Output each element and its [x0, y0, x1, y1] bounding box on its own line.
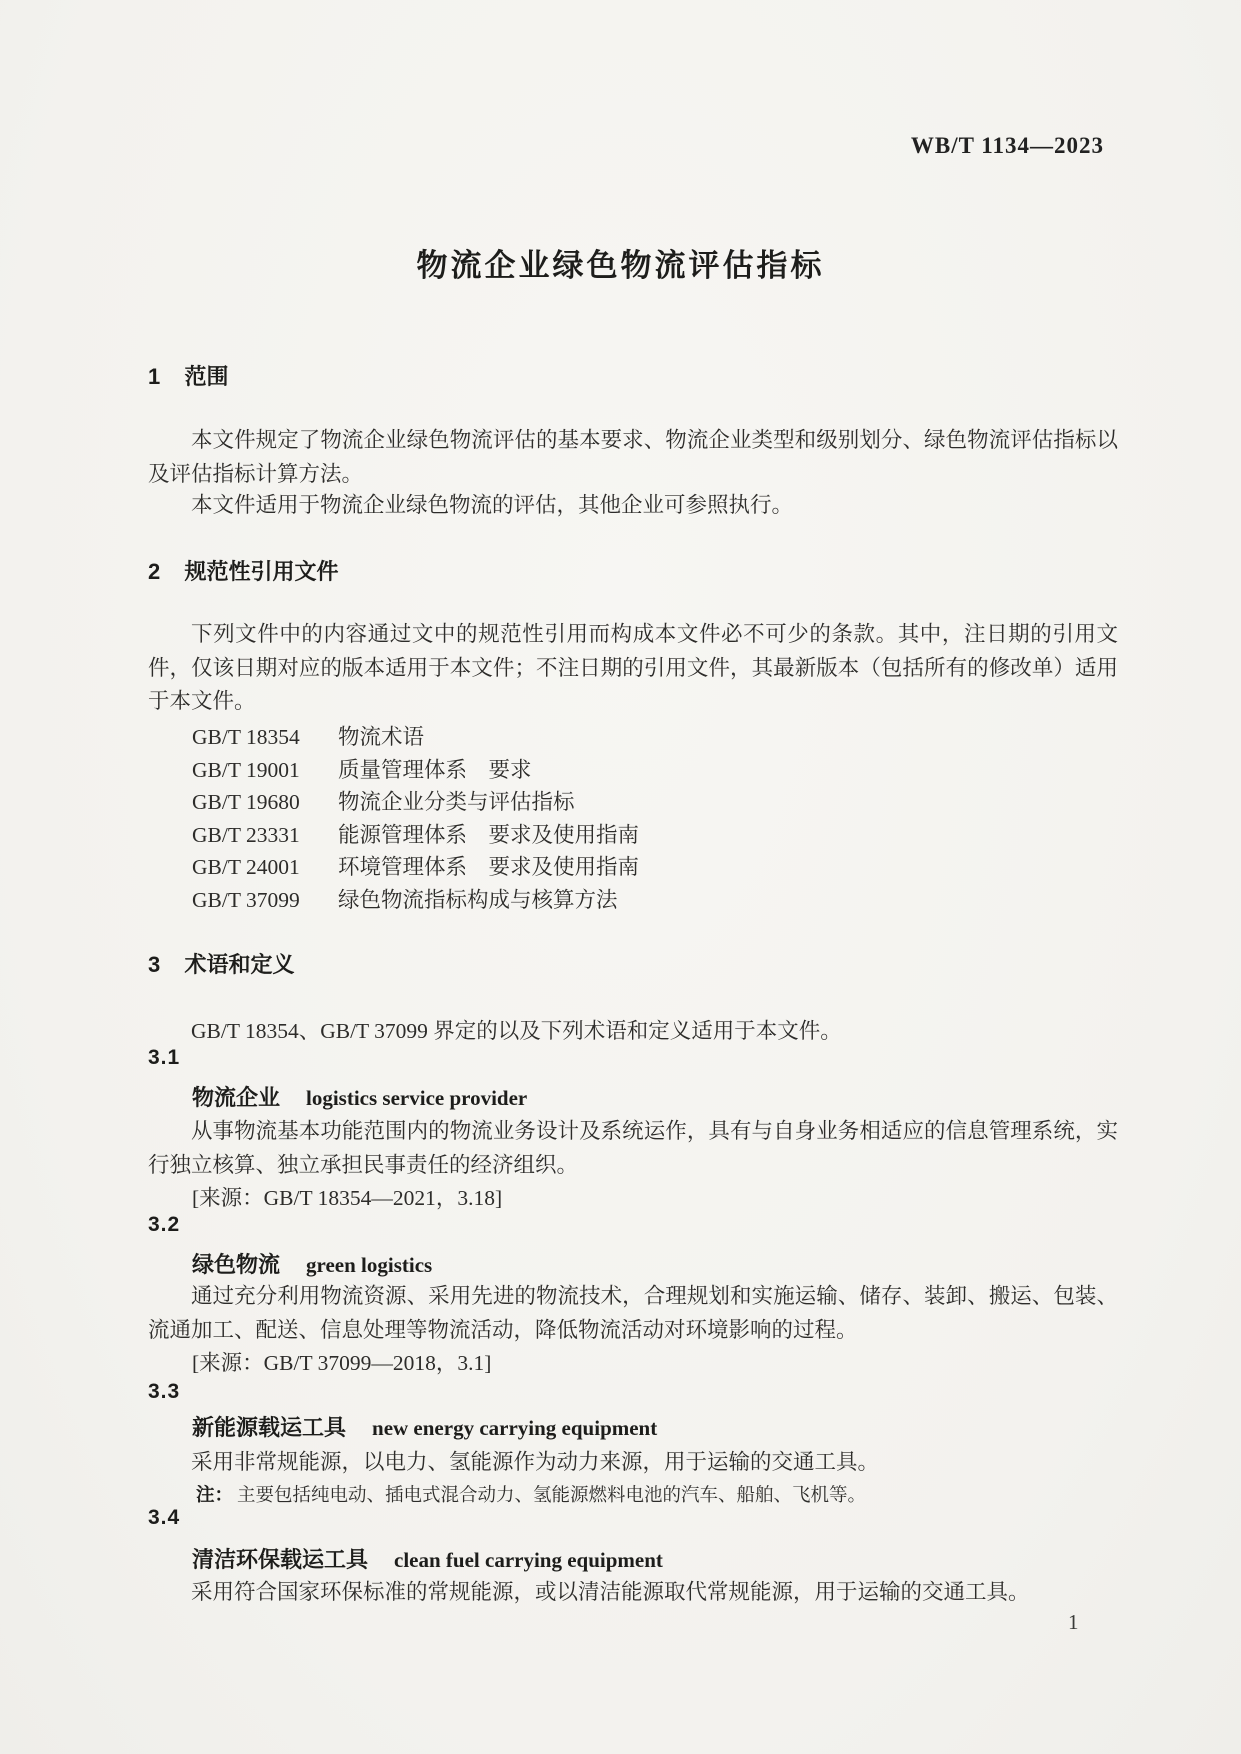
term-3-3-number: 3.3 — [148, 1380, 180, 1404]
term-3-3-definition: 采用非常规能源，以电力、氢能源作为动力来源，用于运输的交通工具。 — [148, 1446, 1118, 1480]
term-3-2-heading: 绿色物流green logistics — [192, 1248, 432, 1279]
clause2-heading: 2规范性引用文件 — [148, 555, 1118, 586]
reference-code: GB/T 24001 — [192, 851, 312, 884]
term-3-2-en: green logistics — [306, 1253, 432, 1277]
term-3-2-definition: 通过充分利用物流资源、采用先进的物流技术，合理规划和实施运输、储存、装卸、搬运、… — [148, 1280, 1118, 1347]
reference-code: GB/T 19001 — [192, 754, 312, 787]
clause1-para2: 本文件适用于物流企业绿色物流的评估，其他企业可参照执行。 — [148, 489, 1118, 523]
clause2-intro: 下列文件中的内容通过文中的规范性引用而构成本文件必不可少的条款。其中，注日期的引… — [148, 618, 1118, 719]
term-3-3-en: new energy carrying equipment — [372, 1416, 657, 1440]
reference-item: GB/T 18354物流术语 — [192, 721, 1122, 754]
reference-code: GB/T 19680 — [192, 786, 312, 819]
term-3-4-en: clean fuel carrying equipment — [394, 1548, 663, 1572]
clause1-para1: 本文件规定了物流企业绿色物流评估的基本要求、物流企业类型和级别划分、绿色物流评估… — [148, 424, 1118, 491]
reference-code: GB/T 37099 — [192, 884, 312, 917]
document-page: WB/T 1134—2023 物流企业绿色物流评估指标 1范围 本文件规定了物流… — [0, 0, 1241, 1754]
reference-title: 物流企业分类与评估指标 — [338, 790, 575, 814]
reference-item: GB/T 23331能源管理体系 要求及使用指南 — [192, 819, 1122, 852]
term-3-3-note: 注：主要包括纯电动、插电式混合动力、氢能源燃料电池的汽车、船舶、飞机等。 — [196, 1481, 1096, 1510]
reference-title: 绿色物流指标构成与核算方法 — [338, 888, 618, 912]
page-title: 物流企业绿色物流评估指标 — [0, 240, 1241, 285]
term-3-3-heading: 新能源载运工具new energy carrying equipment — [192, 1411, 657, 1442]
term-3-1-zh: 物流企业 — [192, 1085, 280, 1110]
reference-title: 质量管理体系 要求 — [338, 758, 532, 782]
reference-code: GB/T 18354 — [192, 721, 312, 754]
reference-item: GB/T 24001环境管理体系 要求及使用指南 — [192, 851, 1122, 884]
term-3-1-heading: 物流企业logistics service provider — [192, 1081, 527, 1112]
clause3-intro: GB/T 18354、GB/T 37099 界定的以及下列术语和定义适用于本文件… — [148, 1015, 1118, 1049]
clause3-heading: 3术语和定义 — [148, 948, 1118, 979]
term-3-4-number: 3.4 — [148, 1506, 180, 1530]
page-number: 1 — [1068, 1610, 1079, 1635]
term-3-2-number: 3.2 — [148, 1213, 180, 1237]
term-3-1-en: logistics service provider — [306, 1086, 527, 1110]
term-3-1-definition: 从事物流基本功能范围内的物流业务设计及系统运作，具有与自身业务相适应的信息管理系… — [148, 1115, 1118, 1182]
clause1-heading-label: 范围 — [184, 364, 228, 389]
term-3-4-definition: 采用符合国家环保标准的常规能源，或以清洁能源取代常规能源，用于运输的交通工具。 — [148, 1576, 1118, 1610]
reference-code: GB/T 23331 — [192, 819, 312, 852]
clause2-number: 2 — [148, 559, 160, 584]
doc-code: WB/T 1134—2023 — [911, 133, 1104, 159]
term-3-3-zh: 新能源载运工具 — [192, 1415, 346, 1440]
clause1-heading: 1范围 — [148, 360, 1118, 391]
clause2-heading-label: 规范性引用文件 — [184, 559, 338, 584]
term-3-1-source: [来源：GB/T 18354—2021，3.18] — [192, 1181, 502, 1212]
clause3-heading-label: 术语和定义 — [184, 952, 294, 977]
clause3-number: 3 — [148, 952, 160, 977]
reference-item: GB/T 37099绿色物流指标构成与核算方法 — [192, 884, 1122, 917]
term-3-2-zh: 绿色物流 — [192, 1252, 280, 1277]
note-label: 注： — [196, 1484, 233, 1505]
term-3-4-zh: 清洁环保载运工具 — [192, 1547, 368, 1572]
term-3-4-heading: 清洁环保载运工具clean fuel carrying equipment — [192, 1543, 663, 1574]
term-3-2-source: [来源：GB/T 37099—2018，3.1] — [192, 1346, 491, 1377]
reference-item: GB/T 19001质量管理体系 要求 — [192, 754, 1122, 787]
normative-reference-list: GB/T 18354物流术语 GB/T 19001质量管理体系 要求 GB/T … — [192, 721, 1122, 916]
clause1-number: 1 — [148, 364, 160, 389]
term-3-1-number: 3.1 — [148, 1046, 180, 1070]
note-text: 主要包括纯电动、插电式混合动力、氢能源燃料电池的汽车、船舶、飞机等。 — [237, 1486, 866, 1506]
reference-title: 能源管理体系 要求及使用指南 — [338, 823, 639, 847]
reference-title: 环境管理体系 要求及使用指南 — [338, 855, 639, 879]
reference-item: GB/T 19680物流企业分类与评估指标 — [192, 786, 1122, 819]
reference-title: 物流术语 — [338, 725, 424, 749]
